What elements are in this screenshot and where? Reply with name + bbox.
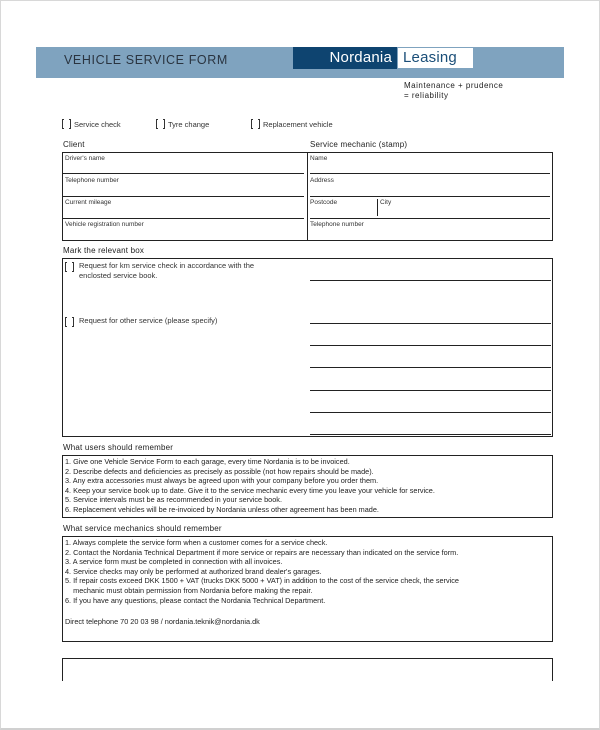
checkbox-service-check[interactable]: Service check [62,119,121,129]
mechanic-heading: Service mechanic (stamp) [310,140,407,149]
registration-label: Vehicle registration number [65,221,144,228]
checkbox-label: Service check [74,120,121,129]
checkbox-icon[interactable] [156,119,165,129]
specify-line-5[interactable] [310,390,551,391]
registration-field[interactable] [62,240,63,241]
contact-info: Direct telephone 70 20 03 98 / nordania.… [65,617,260,626]
tagline-line-2: = reliability [404,91,503,101]
checkbox-icon[interactable] [62,119,71,129]
option-label: Request for km service check in accordan… [79,261,254,271]
bottom-box-left-edge [62,658,63,681]
mechanics-remember-heading: What service mechanics should remember [63,524,222,533]
client-telephone-label: Telephone number [65,177,119,184]
list-item: 6. If you have any questions, please con… [65,596,459,606]
brand-logo-primary: Nordania [293,47,397,69]
list-item: 3. A service form must be completed in c… [65,557,459,567]
checkbox-label: Replacement vehicle [263,120,333,129]
specify-line-4[interactable] [310,367,551,368]
bottom-box-top-edge [62,658,553,659]
mileage-field[interactable] [62,218,304,219]
postcode-label: Postcode [310,199,337,206]
specify-line-6[interactable] [310,412,551,413]
list-item: 5. If repair costs exceed DKK 1500 + VAT… [65,576,459,586]
postcode-city-divider [377,199,378,216]
list-item: 3. Any extra accessories must always be … [65,476,435,486]
users-remember-list: 1. Give one Vehicle Service Form to each… [65,457,435,515]
specify-line-3[interactable] [310,345,551,346]
users-remember-heading: What users should remember [63,443,173,452]
list-item: 6. Replacement vehicles will be re-invoi… [65,505,435,515]
checkbox-tyre-change[interactable]: Tyre change [156,119,209,129]
list-item: 2. Contact the Nordania Technical Depart… [65,548,459,558]
list-item: 4. Keep your service book up to date. Gi… [65,486,435,496]
mechanic-telephone-label: Telephone number [310,221,364,228]
driver-name-label: Driver's name [65,155,105,162]
address-label: Address [310,177,334,184]
list-item: 1. Always complete the service form when… [65,538,459,548]
list-item: mechanic must obtain permission from Nor… [65,586,459,596]
mark-box-container [62,258,553,437]
specify-line-2[interactable] [310,323,551,324]
tagline-line-1: Maintenance + prudence [404,81,503,91]
postcode-city-field[interactable] [310,218,550,219]
option-label: Request for other service (please specif… [79,316,217,327]
address-field[interactable] [310,196,550,197]
list-item: 5. Service intervals must be as recommen… [65,495,435,505]
brand-logo-secondary: Leasing [398,48,473,68]
specify-line-1[interactable] [310,280,551,281]
mileage-label: Current mileage [65,199,111,206]
bottom-box-right-edge [552,658,553,681]
specify-line-7[interactable] [310,434,551,435]
checkbox-icon[interactable] [65,317,74,327]
checkbox-icon[interactable] [251,119,260,129]
list-item: 2. Describe defects and deficiencies as … [65,467,435,477]
mechanics-remember-list: 1. Always complete the service form when… [65,538,459,605]
mechanic-name-label: Name [310,155,327,162]
city-label: City [380,199,391,206]
client-telephone-field[interactable] [62,196,304,197]
checkbox-icon[interactable] [65,262,74,272]
client-heading: Client [63,140,85,149]
mark-box-heading: Mark the relevant box [63,246,144,255]
form-title: VEHICLE SERVICE FORM [64,53,228,67]
option-label-continued: enclosted service book. [79,271,254,281]
checkbox-label: Tyre change [168,120,209,129]
list-item: 1. Give one Vehicle Service Form to each… [65,457,435,467]
mechanic-name-field[interactable] [310,173,550,174]
column-divider [307,152,308,241]
list-item: 4. Service checks may only be performed … [65,567,459,577]
tagline: Maintenance + prudence = reliability [404,81,503,101]
option-km-service[interactable]: Request for km service check in accordan… [65,261,295,280]
option-other-service[interactable]: Request for other service (please specif… [65,316,295,327]
driver-name-field[interactable] [62,173,304,174]
checkbox-replacement-vehicle[interactable]: Replacement vehicle [251,119,333,129]
